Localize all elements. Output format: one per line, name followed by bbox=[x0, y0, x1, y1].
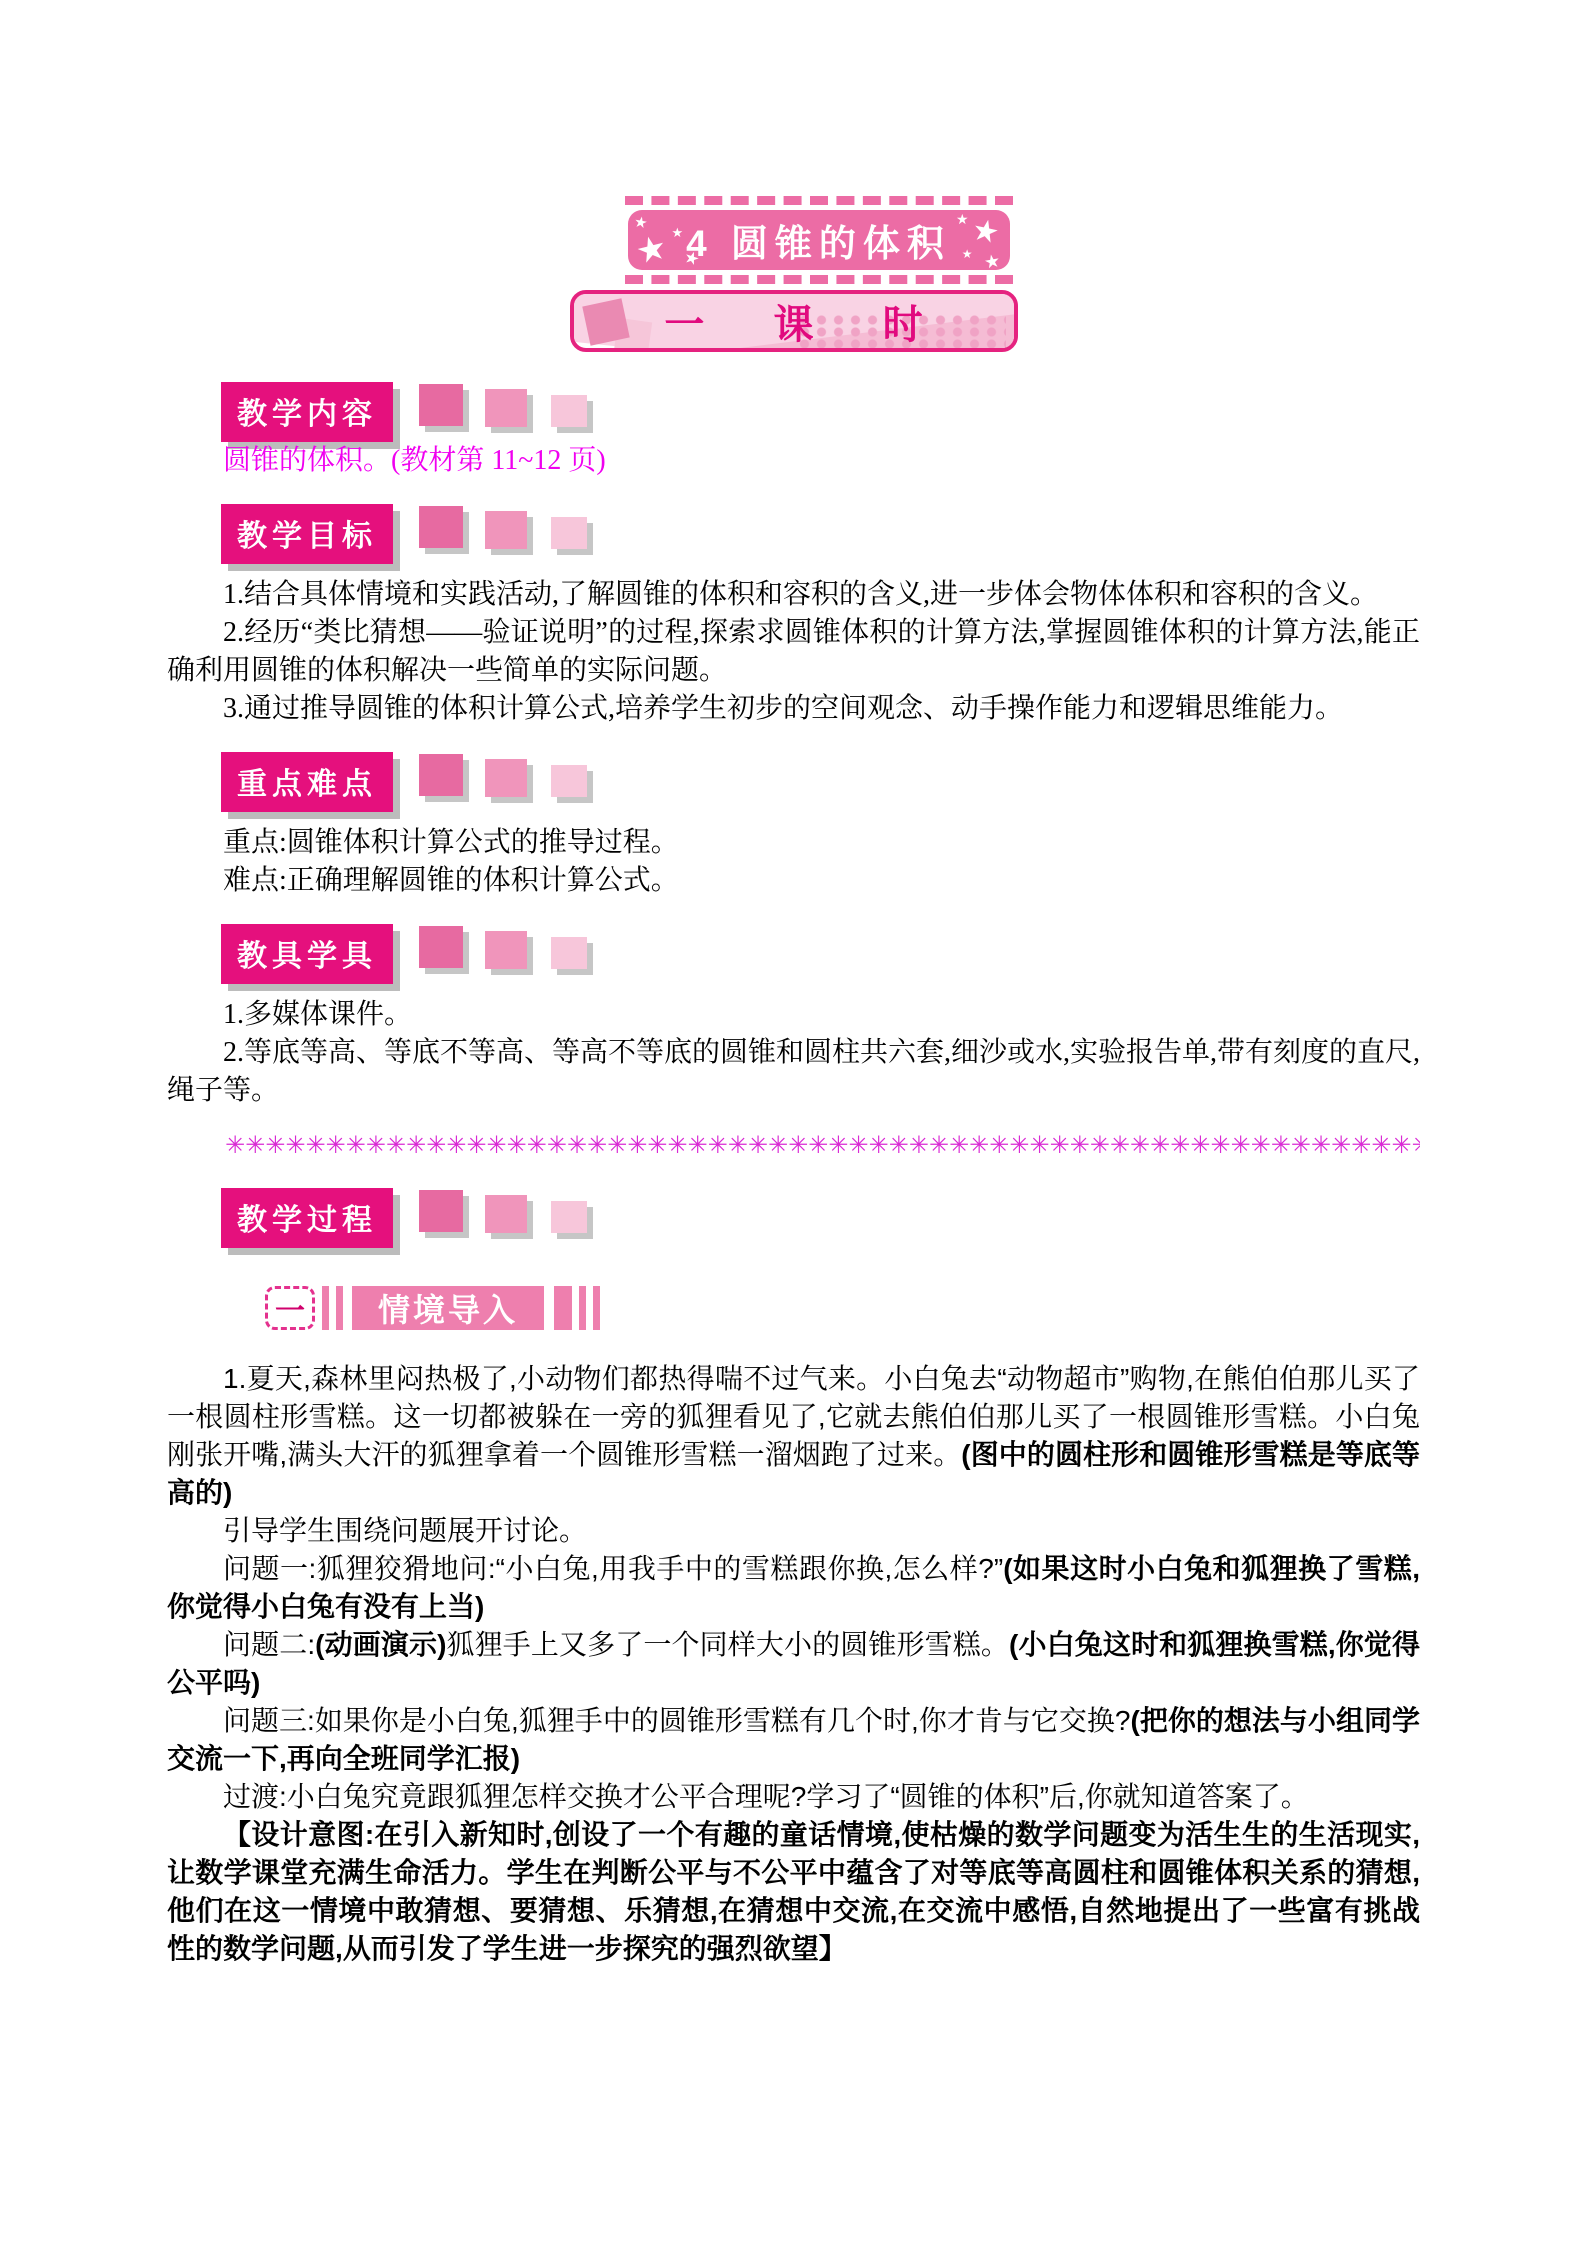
star-icon: ★ bbox=[681, 248, 707, 271]
decorative-square bbox=[419, 384, 463, 426]
decorative-bar bbox=[593, 1286, 600, 1330]
star-icon: ★ bbox=[672, 226, 691, 239]
decorative-square bbox=[419, 754, 463, 796]
paragraph: 2.等底等高、等底不等高、等高不等底的圆锥和圆柱共六套,细沙或水,实验报告单,带… bbox=[167, 1034, 1420, 1110]
section-header-objectives: 教学目标 bbox=[221, 504, 1420, 564]
decorative-bar bbox=[579, 1286, 586, 1330]
teaching-content-text: 圆锥的体积。(教材第 11~12 页) bbox=[167, 442, 1420, 480]
paragraph: 问题一:狐狸狡猾地问:“小白兔,用我手中的雪糕跟你换,怎么样?”(如果这时小白兔… bbox=[167, 1550, 1420, 1626]
section-header-teaching-content: 教学内容 bbox=[221, 382, 1420, 442]
paragraph: 引导学生围绕问题展开讨论。 bbox=[167, 1512, 1420, 1550]
lesson-plan-page: ★ ★ ★ ★ ★ ★ ★ ★ 4 圆锥的体积 一 课 时 教学内容 圆锥的体积… bbox=[0, 0, 1587, 2245]
paragraph: 1.结合具体情境和实践活动,了解圆锥的体积和容积的含义,进一步体会物体体积和容积… bbox=[167, 576, 1420, 614]
paragraph: 2.经历“类比猜想——验证说明”的过程,探索求圆锥体积的计算方法,掌握圆锥体积的… bbox=[167, 614, 1420, 690]
decorative-square bbox=[419, 506, 463, 548]
decorative-square bbox=[485, 389, 527, 427]
paragraph: 【设计意图:在引入新知时,创设了一个有趣的童话情境,使枯燥的数学问题变为活生生的… bbox=[167, 1816, 1420, 1968]
section-label: 教学内容 bbox=[221, 382, 393, 442]
decorative-bar bbox=[554, 1286, 572, 1330]
content-column: 教学内容 圆锥的体积。(教材第 11~12 页) 教学目标 1.结合具体情境和实… bbox=[0, 382, 1587, 1968]
section-label: 重点难点 bbox=[221, 752, 393, 812]
decorative-bar bbox=[322, 1286, 329, 1330]
chapter-title-banner: ★ ★ ★ ★ ★ ★ ★ ★ 4 圆锥的体积 bbox=[625, 196, 1013, 284]
asterisk-separator: ✳✳✳✳✳✳✳✳✳✳✳✳✳✳✳✳✳✳✳✳✳✳✳✳✳✳✳✳✳✳✳✳✳✳✳✳✳✳✳✳… bbox=[225, 1130, 1420, 1160]
decorative-square bbox=[419, 926, 463, 968]
decorative-square bbox=[551, 765, 587, 797]
chapter-title-box: ★ ★ ★ ★ ★ ★ ★ ★ 4 圆锥的体积 bbox=[628, 210, 1010, 270]
star-icon: ★ bbox=[956, 212, 976, 226]
paragraph: 问题三:如果你是小白兔,狐狸手中的圆锥形雪糕有几个时,你才肯与它交换?(把你的想… bbox=[167, 1702, 1420, 1778]
star-icon: ★ bbox=[632, 228, 677, 270]
decorative-square bbox=[485, 931, 527, 969]
star-icon: ★ bbox=[632, 214, 655, 232]
star-icon: ★ bbox=[962, 248, 980, 260]
decorative-bar bbox=[336, 1286, 343, 1330]
teaching-aids-text: 1.多媒体课件。 2.等底等高、等底不等高、等高不等底的圆锥和圆柱共六套,细沙或… bbox=[167, 996, 1420, 1110]
paragraph: 问题二:(动画演示)狐狸手上又多了一个同样大小的圆锥形雪糕。(小白兔这时和狐狸换… bbox=[167, 1626, 1420, 1702]
decorative-square bbox=[485, 759, 527, 797]
paragraph: 1.多媒体课件。 bbox=[167, 996, 1420, 1034]
paragraph: 过渡:小白兔究竟跟狐狸怎样交换才公平合理呢?学习了“圆锥的体积”后,你就知道答案… bbox=[167, 1778, 1420, 1816]
decorative-square bbox=[551, 1201, 587, 1233]
dashed-border-top bbox=[625, 196, 1013, 205]
decorative-square bbox=[485, 1195, 527, 1233]
key-points-text: 重点:圆锥体积计算公式的推导过程。 难点:正确理解圆锥的体积计算公式。 bbox=[167, 824, 1420, 900]
period-title: 一 课 时 bbox=[664, 293, 922, 350]
paragraph: 重点:圆锥体积计算公式的推导过程。 bbox=[167, 824, 1420, 862]
decorative-square bbox=[551, 517, 587, 549]
section-label: 教学目标 bbox=[221, 504, 393, 564]
period-banner: 一 课 时 bbox=[570, 290, 1018, 352]
objectives-text: 1.结合具体情境和实践活动,了解圆锥的体积和容积的含义,进一步体会物体体积和容积… bbox=[167, 576, 1420, 728]
dashed-border-bottom bbox=[625, 275, 1013, 284]
section-header-teaching-aids: 教具学具 bbox=[221, 924, 1420, 984]
decorative-square bbox=[419, 1190, 463, 1232]
step-number-box: 一 bbox=[265, 1286, 315, 1330]
section-header-key-points: 重点难点 bbox=[221, 752, 1420, 812]
paragraph: 难点:正确理解圆锥的体积计算公式。 bbox=[167, 862, 1420, 900]
star-icon: ★ bbox=[983, 250, 1009, 272]
step-title: 情境导入 bbox=[352, 1286, 544, 1330]
section-label: 教学过程 bbox=[221, 1188, 393, 1248]
decorative-square bbox=[582, 298, 629, 345]
decorative-square bbox=[485, 511, 527, 549]
decorative-square bbox=[551, 937, 587, 969]
section-header-teaching-process: 教学过程 bbox=[221, 1188, 1420, 1248]
paragraph: 3.通过推导圆锥的体积计算公式,培养学生初步的空间观念、动手操作能力和逻辑思维能… bbox=[167, 690, 1420, 728]
intro-section-text: 1.夏天,森林里闷热极了,小动物们都热得喘不过气来。小白兔去“动物超市”购物,在… bbox=[167, 1360, 1420, 1968]
paragraph: 1.夏天,森林里闷热极了,小动物们都热得喘不过气来。小白兔去“动物超市”购物,在… bbox=[167, 1360, 1420, 1512]
section-label: 教具学具 bbox=[221, 924, 393, 984]
step-banner-intro: 一 情境导入 bbox=[265, 1286, 1420, 1330]
chapter-title: 4 圆锥的体积 bbox=[686, 213, 951, 267]
decorative-square bbox=[551, 395, 587, 427]
